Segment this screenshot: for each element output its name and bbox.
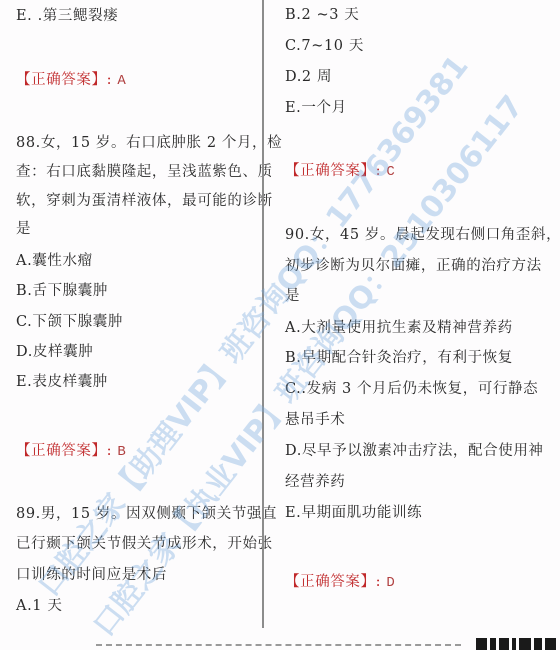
answer-value: D	[386, 575, 395, 591]
footer-dashed-rule	[96, 644, 461, 646]
q89-option-b: B.2 ~3 天	[285, 5, 359, 25]
q88-option-b: B.舌下腺囊肿	[16, 281, 108, 301]
q90-option-d-cont: 经营养药	[285, 472, 345, 492]
q90-option-c-cont: 悬吊手术	[285, 410, 345, 430]
q90-option-d: D.尽早予以激素冲击疗法，配合使用神	[285, 441, 544, 461]
answer-label: 【正确答案】:	[16, 443, 112, 459]
q88-option-d: D.皮样囊肿	[16, 342, 93, 362]
answer-label: 【正确答案】:	[16, 72, 112, 88]
q89-option-a: A.1 天	[16, 596, 62, 616]
q88-option-c: C.下颌下腺囊肿	[16, 312, 123, 332]
q89-stem-line-2: 已行颞下颌关节假关节成形术，开始张	[16, 534, 273, 554]
q89-option-c: C.7~10 天	[285, 36, 364, 56]
q90-stem-line-1: 90.女，45 岁。晨起发现右侧口角歪斜，	[285, 225, 560, 245]
q88-option-e: E.表皮样囊肿	[16, 372, 108, 392]
q89-option-d: D.2 周	[285, 67, 332, 87]
q87-option-e: E. .第三鳃裂瘘	[16, 6, 118, 26]
q88-answer: 【正确答案】: B	[16, 441, 126, 462]
q90-option-b: B.早期配合针灸治疗，有利于恢复	[285, 348, 513, 368]
answer-value: C	[386, 164, 395, 180]
exam-page: E. .第三鳃裂瘘 【正确答案】: A 88.女，15 岁。右口底肿胀 2 个月…	[0, 0, 560, 650]
q89-answer: 【正确答案】: C	[285, 161, 395, 182]
q88-stem-line-4: 是	[16, 219, 31, 239]
column-divider	[262, 0, 264, 628]
q90-stem-line-2: 初步诊断为贝尔面瘫，正确的治疗方法	[285, 256, 542, 276]
q89-option-e: E.一个月	[285, 98, 347, 118]
q88-option-a: A.囊性水瘤	[16, 251, 93, 271]
answer-value: B	[117, 444, 126, 460]
q90-answer: 【正确答案】: D	[285, 572, 395, 593]
q87-answer: 【正确答案】: A	[16, 70, 126, 91]
q89-stem-line-3: 口训练的时间应是术后	[16, 565, 167, 585]
answer-value: A	[117, 73, 126, 89]
answer-label: 【正确答案】:	[285, 163, 381, 179]
qr-code-icon	[476, 638, 556, 650]
q89-stem-line-1: 89.男，15 岁。因双侧颞下颌关节强直	[16, 504, 277, 524]
q88-stem-line-3: 软，穿刺为蛋清样液体，最可能的诊断	[16, 191, 273, 211]
q90-option-e: E.早期面肌功能训练	[285, 503, 422, 523]
answer-label: 【正确答案】:	[285, 574, 381, 590]
q88-stem-line-1: 88.女，15 岁。右口底肿胀 2 个月，检	[16, 133, 282, 153]
q90-stem-line-3: 是	[285, 286, 300, 306]
q88-stem-line-2: 查：右口底黏膜隆起，呈浅蓝紫色、质	[16, 162, 273, 182]
q90-option-c: C..发病 3 个月后仍未恢复，可行静态	[285, 379, 538, 399]
q90-option-a: A.大剂量使用抗生素及精神营养药	[285, 318, 513, 338]
